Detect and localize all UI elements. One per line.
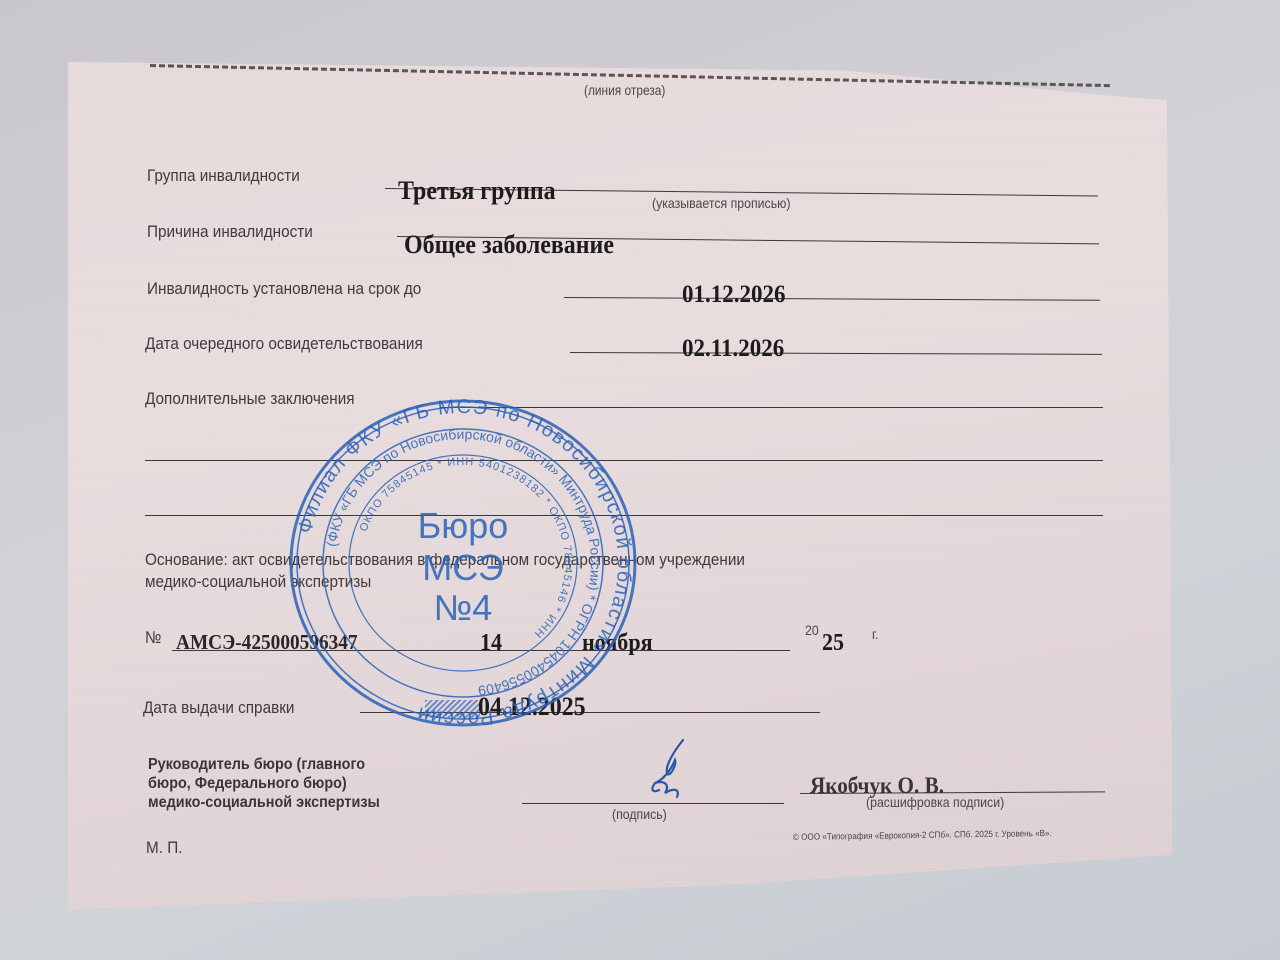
signature-caption: (подпись)	[612, 806, 667, 822]
signatory-title-line-3: медико-социальной экспертизы	[148, 793, 380, 812]
stamp-center-line-3: №4	[434, 587, 493, 628]
signatory-title-line-1: Руководитель бюро (главного	[148, 755, 365, 774]
disability-group-hint: (указывается прописью)	[652, 195, 790, 211]
cut-line-label: (линия отреза)	[584, 82, 665, 98]
stamp-place-mark: М. П.	[146, 838, 183, 858]
valid-until-label: Инвалидность установлена на срок до	[147, 279, 421, 299]
stamp-center-line-1: Бюро	[418, 505, 509, 546]
signatory-name-caption: (расшифровка подписи)	[866, 794, 1004, 810]
stamp-center-line-2: МСЭ	[422, 547, 503, 588]
disability-group-value: Третья группа	[398, 176, 556, 206]
next-examination-value: 02.11.2026	[682, 335, 784, 363]
act-year-prefix: 20	[805, 622, 819, 638]
valid-until-value: 01.12.2026	[682, 281, 786, 309]
act-number-prefix: №	[145, 628, 161, 648]
next-examination-label: Дата очередного освидетельствования	[145, 334, 423, 354]
disability-group-label: Группа инвалидности	[147, 166, 300, 186]
disability-cause-value: Общее заболевание	[404, 230, 614, 260]
official-stamp: Филиал ФКУ «ГБ МСЭ по Новосибирской обла…	[283, 398, 643, 728]
signatory-title-line-2: бюро, Федерального бюро)	[148, 774, 347, 793]
act-year-suffix: 25	[822, 630, 844, 657]
act-year-unit: г.	[872, 626, 878, 642]
disability-cause-label: Причина инвалидности	[147, 222, 313, 242]
handwritten-signature	[625, 735, 705, 805]
issue-date-label: Дата выдачи справки	[143, 698, 294, 718]
